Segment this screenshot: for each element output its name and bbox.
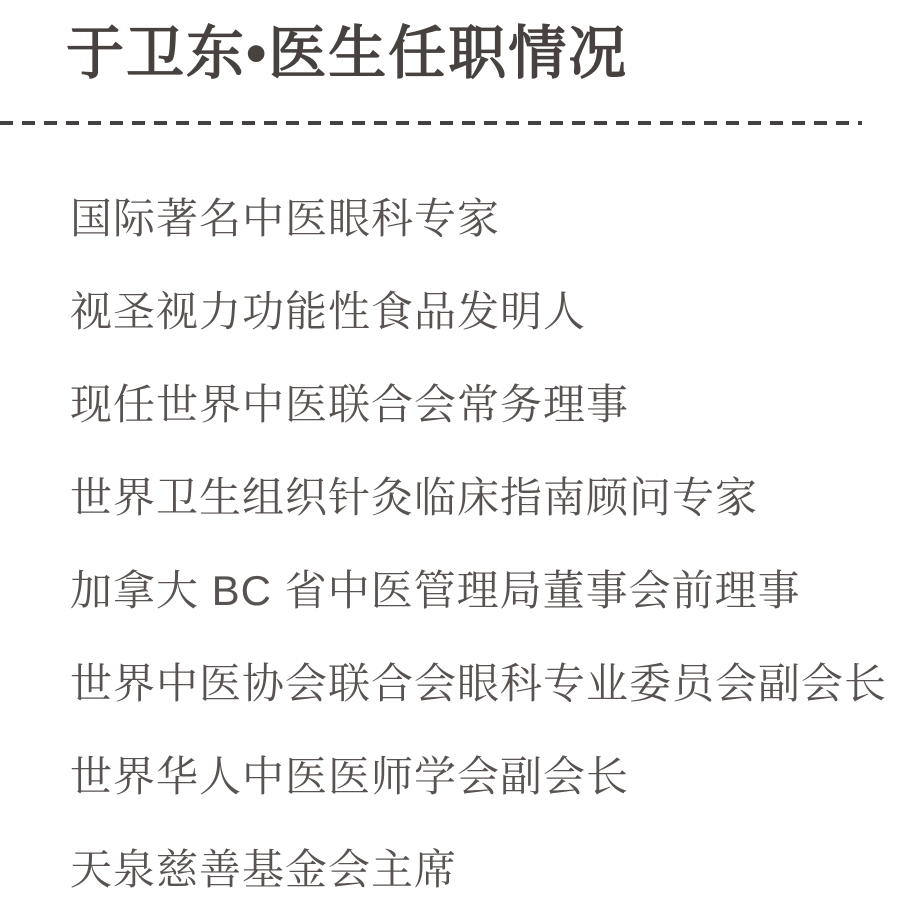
position-item: 世界华人中医医师学会副会长 bbox=[70, 753, 902, 801]
position-item: 世界中医协会联合会眼科专业委员会副会长 bbox=[70, 660, 902, 708]
position-item: 世界卫生组织针灸临床指南顾问专家 bbox=[70, 474, 902, 522]
page: 于卫东•医生任职情况 国际著名中医眼科专家 视圣视力功能性食品发明人 现任世界中… bbox=[0, 0, 902, 919]
position-list: 国际著名中医眼科专家 视圣视力功能性食品发明人 现任世界中医联合会常务理事 世界… bbox=[70, 195, 902, 894]
page-title: 于卫东•医生任职情况 bbox=[66, 20, 902, 87]
position-item: 国际著名中医眼科专家 bbox=[70, 195, 902, 243]
position-item: 天泉慈善基金会主席 bbox=[70, 846, 902, 894]
position-item: 现任世界中医联合会常务理事 bbox=[70, 381, 902, 429]
position-item: 视圣视力功能性食品发明人 bbox=[70, 288, 902, 336]
dashed-divider bbox=[0, 121, 862, 125]
position-item: 加拿大 BC 省中医管理局董事会前理事 bbox=[70, 567, 902, 615]
